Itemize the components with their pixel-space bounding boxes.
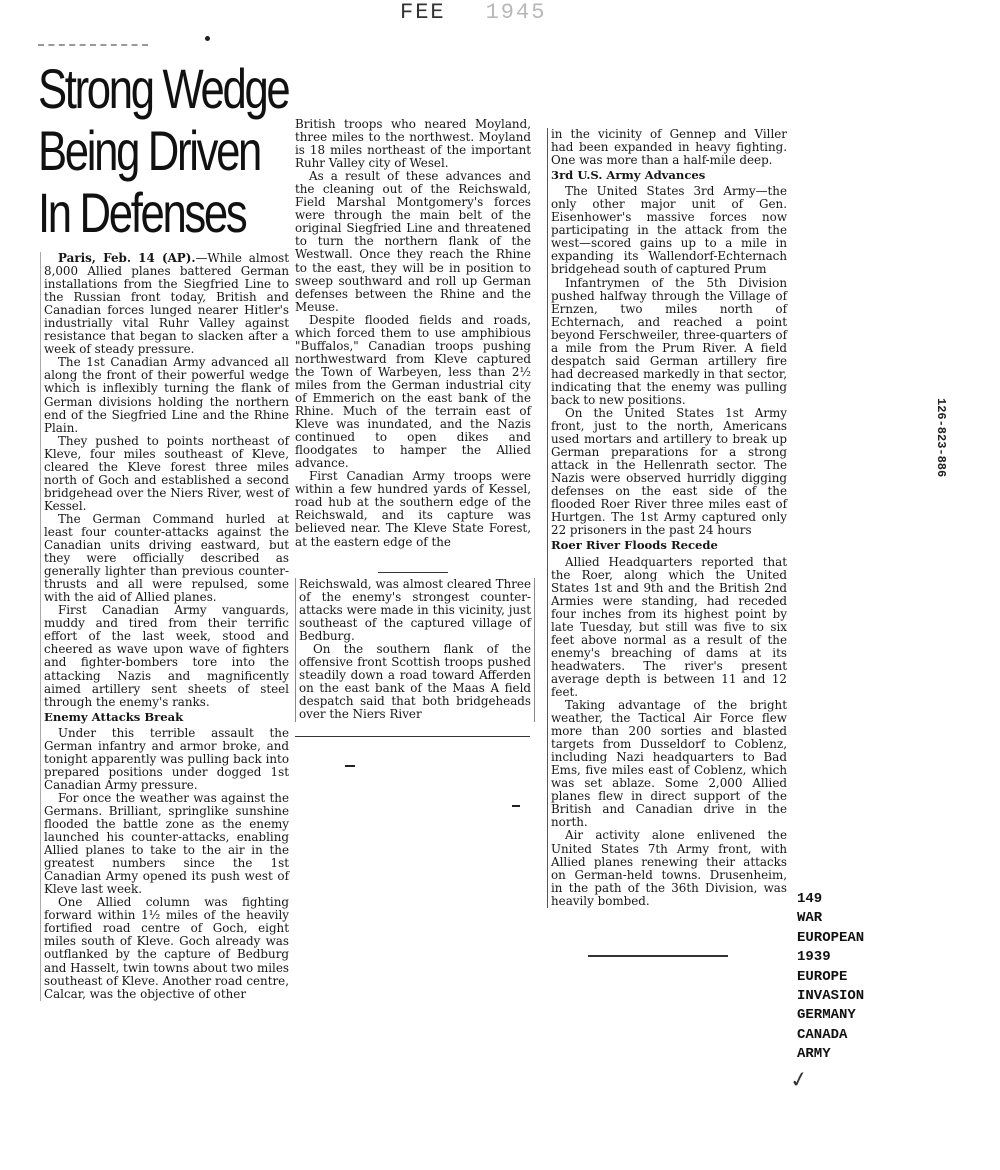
ink-dot: [205, 36, 210, 41]
filing-line: EUROPE: [797, 968, 864, 987]
headline-line-2: Being Driven: [38, 120, 233, 182]
filing-line: INVASION: [797, 987, 864, 1006]
headline: Strong Wedge Being Driven In Defenses: [38, 58, 233, 244]
filing-line: ARMY: [797, 1045, 864, 1064]
paragraph: Air activity alone enlivened the United …: [551, 829, 787, 907]
paragraph: For once the weather was against the Ger…: [44, 792, 289, 896]
ink-mark: [345, 765, 355, 767]
paragraph: Reichswald, was almost cleared Three of …: [299, 578, 531, 643]
date-stamp-year: 1945: [486, 0, 547, 25]
headline-line-1: Strong Wedge: [38, 58, 233, 120]
paragraph: On the southern flank of the offensive f…: [299, 643, 531, 721]
article-column-2-bottom: Reichswald, was almost cleared Three of …: [295, 578, 535, 722]
filing-line: EUROPEAN: [797, 929, 864, 948]
paragraph: The 1st Canadian Army advanced all along…: [44, 356, 289, 434]
paragraph: One Allied column was fighting forward w…: [44, 896, 289, 1000]
filing-line: 149: [797, 890, 864, 909]
dateline: Paris, Feb. 14 (AP).: [58, 251, 196, 265]
paragraph: The German Command hurled at least four …: [44, 513, 289, 604]
filing-line: 1939: [797, 948, 864, 967]
paragraph: Despite flooded fields and roads, which …: [295, 314, 531, 471]
filing-line: GERMANY: [797, 1006, 864, 1025]
paragraph: They pushed to points northeast of Kleve…: [44, 435, 289, 513]
paragraph: Infantrymen of the 5th Division pushed h…: [551, 277, 787, 407]
date-stamp: FEE1945: [400, 0, 586, 25]
subheading: Enemy Attacks Break: [44, 711, 289, 724]
article-column-1: Paris, Feb. 14 (AP).—While almost 8,000 …: [40, 252, 289, 1001]
filing-stamp: 149 WAR EUROPEAN 1939 EUROPE INVASION GE…: [797, 890, 864, 1065]
subheading: Roer River Floods Recede: [551, 539, 787, 552]
article-column-2-top: British troops who neared Moyland, three…: [295, 118, 531, 549]
subheading: 3rd U.S. Army Advances: [551, 169, 787, 182]
paragraph: Under this terrible assault the German i…: [44, 727, 289, 792]
filing-line: CANADA: [797, 1026, 864, 1045]
paragraph: Taking advantage of the bright weather, …: [551, 699, 787, 829]
paragraph: Paris, Feb. 14 (AP).—While almost 8,000 …: [44, 252, 289, 356]
paragraph: British troops who neared Moyland, three…: [295, 118, 531, 170]
clipping-edge-mark: [38, 44, 148, 46]
date-stamp-month: FEE: [400, 0, 446, 25]
paragraph: First Canadian Army troops were within a…: [295, 470, 531, 548]
headline-line-3: In Defenses: [38, 182, 233, 244]
checkmark-icon: ✓: [788, 1067, 810, 1095]
end-rule: [588, 955, 728, 957]
paragraph: Allied Headquarters reported that the Ro…: [551, 556, 787, 700]
filing-line: WAR: [797, 909, 864, 928]
paragraph: First Canadian Army vanguards, muddy and…: [44, 604, 289, 708]
paragraph-text: —While almost 8,000 Allied planes batter…: [44, 251, 289, 356]
paragraph: As a result of these advances and the cl…: [295, 170, 531, 314]
divider: [295, 736, 530, 737]
paragraph: On the United States 1st Army front, jus…: [551, 407, 787, 537]
paragraph: in the vicinity of Gennep and Viller had…: [551, 128, 787, 167]
archive-number: 126-823-886: [934, 398, 948, 477]
ink-mark: [512, 805, 520, 807]
article-column-3: in the vicinity of Gennep and Viller had…: [547, 128, 787, 908]
paragraph: The United States 3rd Army—the only othe…: [551, 185, 787, 276]
divider: [378, 572, 448, 573]
